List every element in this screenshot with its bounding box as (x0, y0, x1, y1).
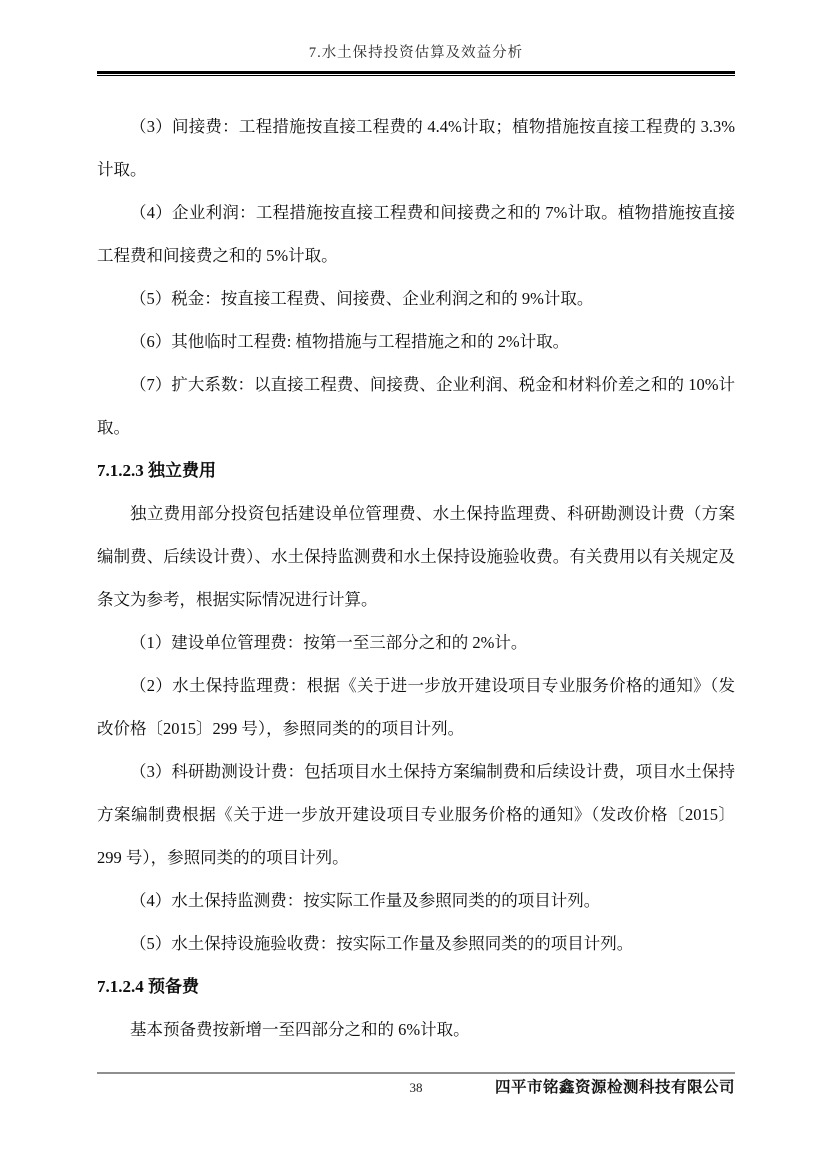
body-paragraph: （6）其他临时工程费: 植物措施与工程措施之和的 2%计取。 (97, 320, 735, 363)
page-header: 7.水土保持投资估算及效益分析 (97, 0, 735, 76)
body-paragraph: （4）企业利润：工程措施按直接工程费和间接费之和的 7%计取。植物措施按直接工程… (97, 191, 735, 277)
header-double-rule (97, 71, 735, 76)
body-paragraph: （4）水土保持监测费：按实际工作量及参照同类的的项目计列。 (97, 879, 735, 922)
header-rule-thin-line (97, 75, 735, 76)
body-paragraph: （1）建设单位管理费：按第一至三部分之和的 2%计。 (97, 621, 735, 664)
header-title: 7.水土保持投资估算及效益分析 (97, 0, 735, 64)
footer-row: 38 四平市铭鑫资源检测科技有限公司 (97, 1078, 735, 1104)
body-paragraph: （5）税金：按直接工程费、间接费、企业利润之和的 9%计取。 (97, 277, 735, 320)
footer-company-name: 四平市铭鑫资源检测科技有限公司 (495, 1078, 735, 1098)
body-paragraph: （3）间接费：工程措施按直接工程费的 4.4%计取；植物措施按直接工程费的 3.… (97, 105, 735, 191)
document-body: （3）间接费：工程措施按直接工程费的 4.4%计取；植物措施按直接工程费的 3.… (97, 105, 735, 1051)
page-footer: 38 四平市铭鑫资源检测科技有限公司 (97, 1072, 735, 1104)
body-paragraph: （5）水土保持设施验收费：按实际工作量及参照同类的的项目计列。 (97, 922, 735, 965)
body-paragraph: 基本预备费按新增一至四部分之和的 6%计取。 (97, 1008, 735, 1051)
section-heading: 7.1.2.4 预备费 (97, 965, 735, 1008)
footer-rule (97, 1072, 735, 1074)
body-paragraph: （7）扩大系数：以直接工程费、间接费、企业利润、税金和材料价差之和的 10%计取… (97, 363, 735, 449)
body-paragraph: （3）科研勘测设计费：包括项目水土保持方案编制费和后续设计费，项目水土保持方案编… (97, 750, 735, 879)
body-paragraph: （2）水土保持监理费：根据《关于进一步放开建设项目专业服务价格的通知》（发改价格… (97, 664, 735, 750)
document-page: 7.水土保持投资估算及效益分析 （3）间接费：工程措施按直接工程费的 4.4%计… (0, 0, 827, 1169)
body-paragraph: 独立费用部分投资包括建设单位管理费、水土保持监理费、科研勘测设计费（方案编制费、… (97, 492, 735, 621)
section-heading: 7.1.2.3 独立费用 (97, 449, 735, 492)
